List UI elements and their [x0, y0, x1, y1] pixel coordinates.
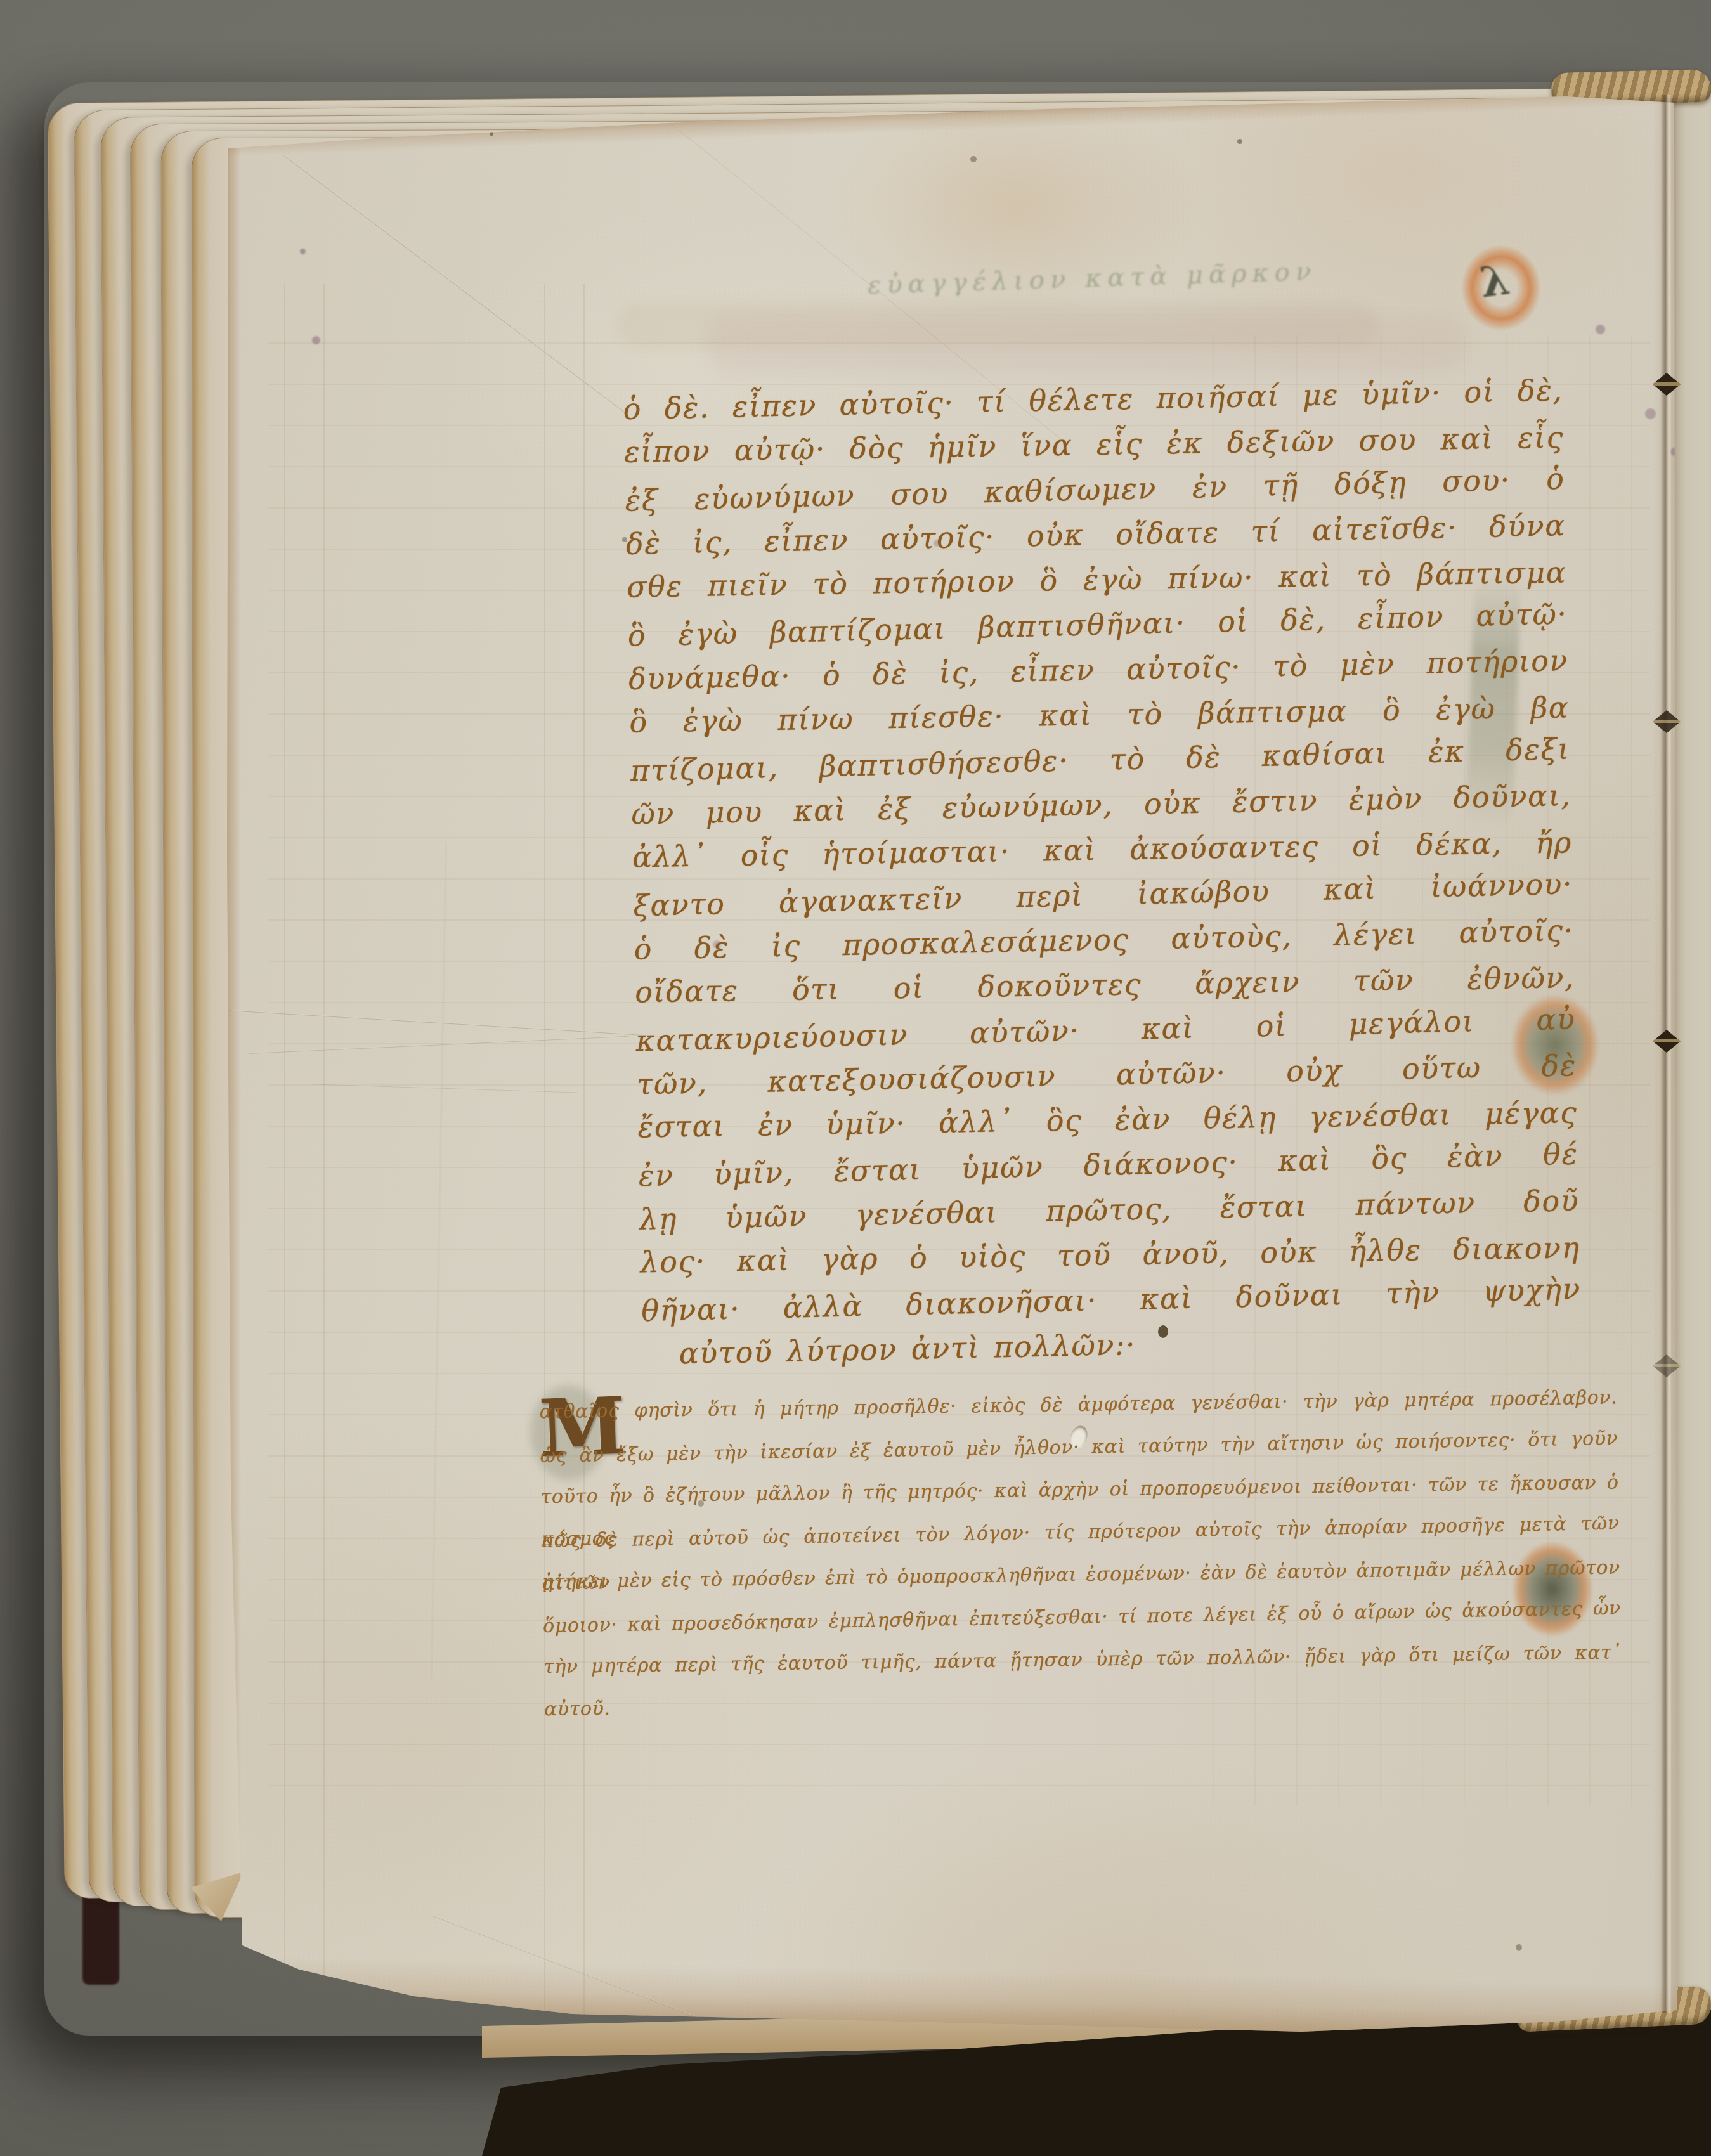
manuscript-page: εὐαγγέλιον κατὰ μᾶρκον λ ὁ δὲ. εἶπεν αὐτ… — [223, 94, 1678, 2036]
gospel-text-block: ὁ δὲ. εἶπεν αὐτοῖς· τί θέλετε ποιῆσαί με… — [623, 368, 1582, 1377]
faded-pink-wash — [705, 316, 1466, 373]
margin-rule — [323, 284, 325, 2047]
quire-mark-halo: λ — [1466, 250, 1536, 326]
purple-spots — [300, 249, 306, 254]
margin-rule — [284, 284, 285, 2047]
margin-rule — [544, 284, 545, 2047]
photo-stage: εὐαγγέλιον κατὰ μᾶρκον λ ὁ δὲ. εἶπεν αὐτ… — [0, 0, 1711, 2156]
margin-rule — [583, 284, 585, 2047]
quire-mark: λ — [1477, 254, 1513, 308]
dirt-specks — [490, 132, 493, 136]
commentary-block: ατθαῖος φησὶν ὅτι ἡ μήτηρ προσῆλθε· εἰκὸ… — [539, 1375, 1622, 1690]
